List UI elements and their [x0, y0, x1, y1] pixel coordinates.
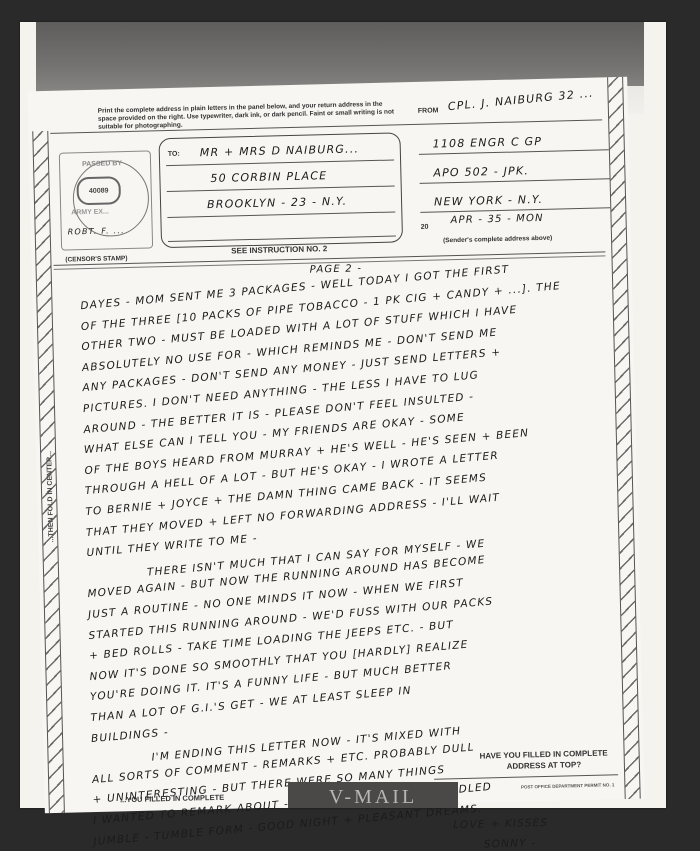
address-line	[167, 213, 395, 242]
page-label: Page 2 -	[310, 263, 363, 275]
recipient-address-box: TO: Mr + Mrs D Naiburg... 50 Corbin Plac…	[158, 132, 403, 248]
sender-text: New York - N.Y.	[434, 193, 543, 209]
stamp-number: 40089	[76, 176, 121, 205]
sender-number: 20	[421, 224, 429, 231]
sender-line: New York - N.Y.	[420, 179, 611, 213]
sender-line: APO 502 - Jpk.	[419, 150, 610, 184]
censor-signature: Robt. F. ...	[68, 226, 125, 236]
censor-stamp-box: PASSED BY 40089 ARMY EX... Robt. F. ...	[59, 150, 153, 250]
stamp-top-text: PASSED BY	[82, 160, 122, 168]
from-label: FROM	[418, 107, 439, 115]
sender-line: 1108 Engr C Gp	[418, 121, 609, 155]
signature: Sonny -	[484, 837, 537, 850]
vmail-banner: V-MAIL	[288, 782, 458, 808]
address-line: 50 Corbin Place	[166, 163, 394, 192]
address-text: Brooklyn - 23 - N.Y.	[207, 195, 347, 211]
sender-text: 1108 Engr C Gp	[433, 135, 543, 151]
sender-address-block: 1108 Engr C Gp APO 502 - Jpk. New York -…	[418, 121, 610, 213]
sender-date: Apr - 35 - Mon	[450, 213, 544, 226]
closing-line: Love + Kisses	[453, 817, 548, 831]
sender-text: APO 502 - Jpk.	[433, 164, 529, 179]
address-text: 50 Corbin Place	[210, 169, 327, 185]
address-line: Mr + Mrs D Naiburg...	[166, 138, 394, 167]
vmail-form: ...THEN FOLD IN CENTER... Print the comp…	[27, 77, 644, 813]
address-reminder: HAVE YOU FILLED IN COMPLETE ADDRESS AT T…	[464, 747, 624, 773]
stamp-bottom-text: ARMY EX...	[71, 208, 109, 216]
address-text: Mr + Mrs D Naiburg...	[200, 142, 360, 159]
